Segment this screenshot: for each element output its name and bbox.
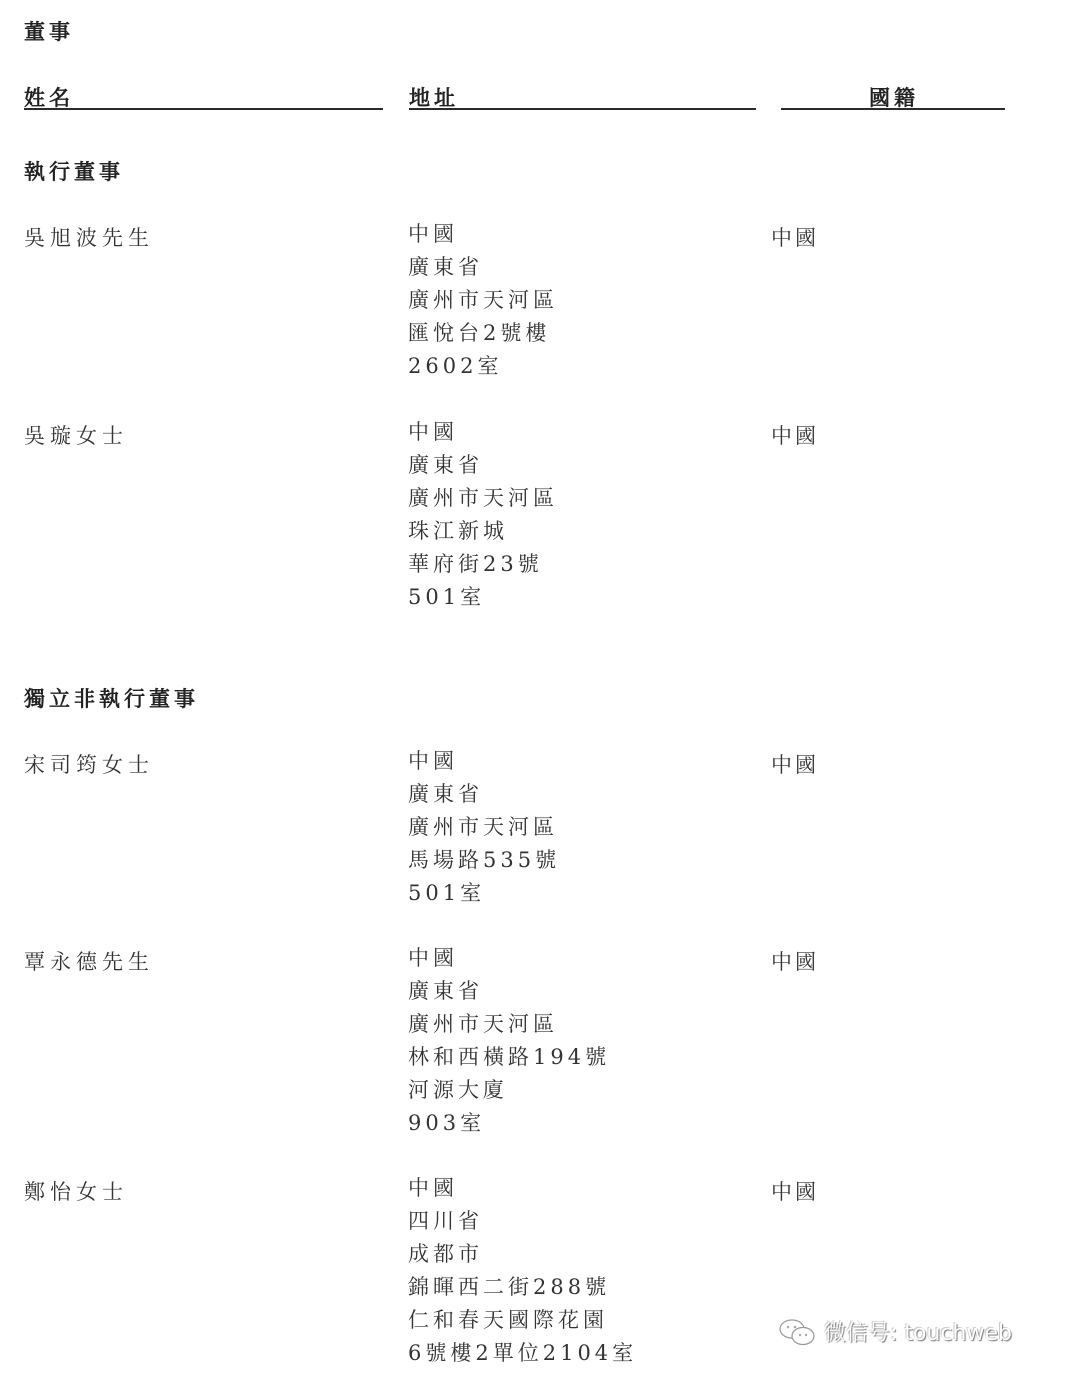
address-line: 廣州市天河區 [408,284,558,317]
address-line: 廣東省 [408,251,558,284]
director-nationality: 中國 [771,222,819,252]
director-address: 中國 廣東省 廣州市天河區 珠江新城 華府街23號 501室 [408,416,558,614]
watermark: 微信号: touchweb [778,1316,1012,1347]
address-line: 2602室 [408,350,558,383]
address-line: 中國 [408,1172,637,1205]
address-line: 廣州市天河區 [408,1008,610,1041]
address-line: 匯悅台2號樓 [408,317,558,350]
address-line: 林和西橫路194號 [408,1041,610,1074]
section-heading-executive: 執行董事 [24,156,124,186]
address-line: 珠江新城 [408,515,558,548]
address-line: 馬場路535號 [408,844,560,877]
director-address: 中國 四川省 成都市 錦暉西二街288號 仁和春天國際花園 6號樓2單位2104… [408,1172,637,1370]
address-line: 中國 [408,942,610,975]
address-line: 成都市 [408,1238,637,1271]
address-line: 6號樓2單位2104室 [408,1337,637,1370]
address-line: 仁和春天國際花園 [408,1304,637,1337]
address-line: 河源大廈 [408,1074,610,1107]
address-line: 廣東省 [408,778,560,811]
director-nationality: 中國 [771,749,819,779]
director-name: 吳旭波先生 [24,222,154,252]
address-line: 廣州市天河區 [408,482,558,515]
watermark-text: 微信号: touchweb [824,1316,1012,1347]
director-address: 中國 廣東省 廣州市天河區 林和西橫路194號 河源大廈 903室 [408,942,610,1140]
address-line: 華府街23號 [408,548,558,581]
column-rule-name [24,108,383,110]
director-nationality: 中國 [771,946,819,976]
address-line: 中國 [408,218,558,251]
address-line: 廣東省 [408,975,610,1008]
address-line: 廣東省 [408,449,558,482]
director-nationality: 中國 [771,1176,819,1206]
director-address: 中國 廣東省 廣州市天河區 匯悅台2號樓 2602室 [408,218,558,383]
director-name: 吳璇女士 [24,420,128,450]
address-line: 中國 [408,416,558,449]
director-name: 鄭怡女士 [24,1176,128,1206]
page-title: 董事 [24,16,74,46]
director-address: 中國 廣東省 廣州市天河區 馬場路535號 501室 [408,745,560,910]
address-line: 中國 [408,745,560,778]
section-heading-independent: 獨立非執行董事 [24,683,199,713]
wechat-icon [778,1318,818,1346]
director-nationality: 中國 [771,420,819,450]
director-name: 宋司筠女士 [24,749,154,779]
address-line: 錦暉西二街288號 [408,1271,637,1304]
column-header-nationality: 國籍 [869,82,919,112]
address-line: 四川省 [408,1205,637,1238]
address-line: 501室 [408,877,560,910]
address-line: 501室 [408,581,558,614]
address-line: 903室 [408,1107,610,1140]
address-line: 廣州市天河區 [408,811,560,844]
column-rule-address [409,108,756,110]
director-name: 覃永德先生 [24,946,154,976]
